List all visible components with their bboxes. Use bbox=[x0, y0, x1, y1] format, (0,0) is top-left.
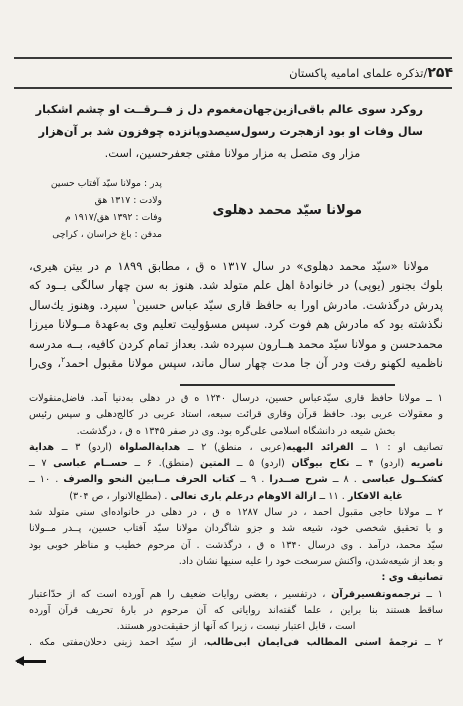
header-rule-top bbox=[14, 57, 452, 59]
text-line: پدرش درگذشت. مادرش اورا به حافظ قارى سيّ… bbox=[29, 296, 443, 315]
text-line: و بعد از شيعه‌شدن، واكنش سرسخت خود را عل… bbox=[29, 554, 443, 570]
book-title: تذكره علماى اماميه پاكستان bbox=[289, 66, 423, 80]
page-header: ۲۵۴/تذكره علماى اماميه پاكستان bbox=[14, 60, 453, 86]
text-line: ساقط هستند بنا براين ، علما گفته‌اند روا… bbox=[29, 603, 443, 619]
poem-closing-line: مزار وى متصل به مزار مولانا مفتى جعفرحسي… bbox=[42, 143, 423, 165]
info-father: پدر : مولانا سيّد آفتاب حسين bbox=[26, 175, 162, 192]
text-line: غاية الافكار . ۱۱ ــ ازالة الاوهام درعلم… bbox=[29, 489, 443, 505]
elegy-poem: روكرد سوى عالم باقى‌ازين‌جهان مغموم دل ز… bbox=[42, 99, 423, 165]
info-birth: ولادت : ۱۳۱۷ هق bbox=[26, 192, 162, 209]
info-burial: مدفن : باغ خراسان ، كراچى bbox=[26, 226, 162, 243]
couplet-2: سال وفات او بود ازهجرت رسول سيصدوپانزده … bbox=[42, 121, 423, 143]
page-number: ۲۵۴ bbox=[427, 65, 453, 81]
info-death: وفات : ۱۳۹۲ هق/۱۹۱۷ م bbox=[26, 209, 162, 226]
entry-info: پدر : مولانا سيّد آفتاب حسين ولادت : ۱۳۱… bbox=[26, 175, 162, 243]
text-line: بلوك بجنور (يوپى) در خانوادهٔ اهل علم مت… bbox=[29, 276, 443, 295]
text-line: ناظميه لكهنو رفت ودر آن جا مدت چهار سال … bbox=[29, 354, 443, 373]
text-line: و معقولات عربى بود. حافظ قرآن وقارى قرائ… bbox=[29, 407, 443, 423]
entry-title: مولانا سيّد محمد دهلوى bbox=[246, 203, 362, 218]
couplet-1-right-hemistich: روكرد سوى عالم باقى‌ازين‌جهان bbox=[243, 99, 423, 121]
text-line: كشكــول عباسى . ۸ ــ شرح صــدرا . ۹ ــ ك… bbox=[29, 472, 443, 488]
footnotes: ۱ ــ مولانا حافظ قارى سيّدعباس حسين، درس… bbox=[29, 391, 443, 652]
book-page: ۲۵۴/تذكره علماى اماميه پاكستان روكرد سوى… bbox=[0, 0, 463, 706]
couplet-2-right-hemistich: سال وفات او بود ازهجرت رسول bbox=[241, 121, 423, 143]
couplet-1-left-hemistich: مغموم دل ز فــرقــت او چشم اشكبار bbox=[36, 99, 244, 121]
text-line: تصانيف او : ۱ ــ الفرائد البهيه(عربى ، م… bbox=[29, 440, 443, 456]
text-line: محمدحسن و مولانا سيّد محمد هــارون سپرده… bbox=[29, 335, 443, 354]
text-line: ناصريه (اردو) ۴ ــ نكاح بيوگان (اردو) ۵ … bbox=[29, 456, 443, 472]
continuation-arrow-icon bbox=[17, 660, 46, 663]
text-line: است ، قابل اعتبار نيست ، زيرا كه آنها از… bbox=[29, 619, 443, 635]
text-line: ۱ ــ مولانا حافظ قارى سيّدعباس حسين، درس… bbox=[29, 391, 443, 407]
text-line: ۱ ــ ترجمه‌وتفسيرقرآن ، درتفسير ، بعضى ر… bbox=[29, 587, 443, 603]
text-line: تصانيف وى : bbox=[29, 570, 443, 586]
text-line: ۲ ــ مولانا حاجى مقبول احمد ، در سال ۱۲۸… bbox=[29, 505, 443, 521]
header-rule-bottom bbox=[14, 87, 452, 89]
couplet-1: روكرد سوى عالم باقى‌ازين‌جهان مغموم دل ز… bbox=[42, 99, 423, 121]
text-line: بخش شيعه در دانشگاه اسلامى على‌گره بود. … bbox=[29, 424, 443, 440]
footnote-2: ۲ ــ مولانا حاجى مقبول احمد ، در سال ۱۲۸… bbox=[29, 505, 443, 652]
text-line: نگذشته بود كه مادرش هم فوت كرد. سپس مسؤو… bbox=[29, 315, 443, 334]
text-line: ۲ ــ ترجمهٔ اسنى المطالب فى‌ايمان ابى‌طا… bbox=[29, 635, 443, 651]
footnote-separator bbox=[180, 384, 395, 386]
footnote-1: ۱ ــ مولانا حافظ قارى سيّدعباس حسين، درس… bbox=[29, 391, 443, 505]
text-line: سيّد محمد، درآمد . وى درسال ۱۳۴۰ ه ق ، د… bbox=[29, 538, 443, 554]
text-line: مولانا «سيّد محمد دهلوى» در سال ۱۳۱۷ ه ق… bbox=[29, 257, 443, 276]
couplet-2-left-hemistich: سيصدوپانزده چوفزون شد بر آن‌هزار bbox=[39, 121, 241, 143]
body-text: مولانا «سيّد محمد دهلوى» در سال ۱۳۱۷ ه ق… bbox=[29, 257, 443, 373]
text-line: و با تحقيق شخصى خود، شيعه شد و جزو شاگرد… bbox=[29, 521, 443, 537]
